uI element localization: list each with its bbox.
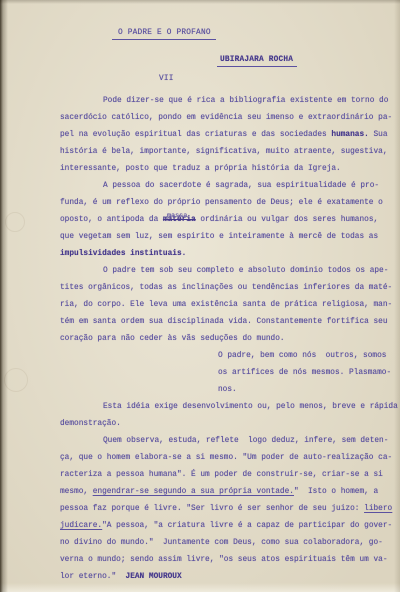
paragraph: O padre tem sob seu completo e absoluto … [60,263,396,348]
text-segment: Esta idéia exige desenvolvimento ou, pel… [103,403,398,411]
scanned-page: O PADRE E O PROFANO UBIRAJARA ROCHA VII … [0,0,400,592]
text-segment: nos. [218,386,237,394]
text-segment: Quem observa, estuda, reflete logo deduz… [103,437,388,445]
text-line: oposto, o antipoda da matériamassa ordin… [60,212,396,229]
text-segment: A pessoa do sacerdote é sagrada, sua esp… [103,182,379,190]
text-line: impulsividades instintuais. [60,246,396,263]
emphasized-text: judicare. [60,522,102,530]
text-segment: pessoa faz porque é livre. "Ser livro é … [60,505,364,513]
text-line: Esta idéia exige desenvolvimento ou, pel… [60,399,396,416]
text-line: lor eterno." JEAN MOUROUX [60,569,396,586]
text-line: Pode dizer-se que é rica a bibliografia … [60,93,396,110]
paragraph: Pode dizer-se que é rica a bibliografia … [60,93,396,178]
text-line: verna o mundo; sendo assim livre, "os se… [60,552,396,569]
text-segment: ria, do corpo. Ele leva uma existência s… [60,301,392,309]
text-segment: mesmo, [60,488,93,496]
text-line: nos. [218,382,396,399]
emphasized-text: humanas. [331,131,368,139]
emphasized-text: matériamassa [163,216,196,224]
quote-block: O padre, bem como nós outros, somosos ar… [218,348,396,399]
text-line: pel na evolução espiritual das criaturas… [60,127,396,144]
text-line: coração para não ceder às vãs seduções d… [60,331,396,348]
document-title: O PADRE E O PROFANO [112,29,216,40]
text-segment: os artifices de nós mesmos. Plasmamo- [218,369,391,377]
text-segment: Pode dizer-se que é rica a bibliografia … [103,97,388,105]
paper-mark [5,212,25,232]
text-segment: sacerdócio católico, pondo em evidência … [60,114,392,122]
text-line: tites orgânicos, todas as inclinações ou… [60,280,396,297]
document-body: Pode dizer-se que é rica a bibliografia … [60,93,396,586]
text-line: funda, é um reflexo do próprio pensament… [60,195,396,212]
text-line: O padre, bem como nós outros, somos [218,348,396,365]
text-line: A pessoa do sacerdote é sagrada, sua esp… [60,178,396,195]
text-line: mesmo, engendrar-se segundo a sua própri… [60,484,396,501]
text-line: os artifices de nós mesmos. Plasmamo- [218,365,396,382]
text-segment: "A pessoa, "a criatura livre é a capaz d… [102,522,392,530]
text-line: que vegetam sem luz, sem espirito e inte… [60,229,396,246]
text-line: judicare."A pessoa, "a criatura livre é … [60,518,396,535]
text-line: Quem observa, estuda, reflete logo deduz… [60,433,396,450]
text-segment: interessante, posto que traduz a própria… [60,165,341,173]
section-number: VII [159,75,174,83]
text-line: racteriza a pessoa humana". É um poder d… [60,467,396,484]
text-segment: O padre tem sob seu completo e absoluto … [103,267,388,275]
text-segment: " Isto o homem, a [294,488,378,496]
text-segment: O padre, bem como nós outros, somos [218,352,386,360]
text-line: pessoa faz porque é livre. "Ser livro é … [60,501,396,518]
text-line: ria, do corpo. Ele leva uma existência s… [60,297,396,314]
paper-mark [4,368,28,392]
text-segment: história é bela, importante, significati… [60,148,388,156]
text-segment: lor eterno." [60,573,126,581]
paragraph: Quem observa, estuda, reflete logo deduz… [60,433,396,586]
text-segment: ordinária ou vulgar dos seres humanos, [196,216,378,224]
interlinear-correction: massa [167,208,187,225]
text-segment: tites orgânicos, todas as inclinações ou… [60,284,392,292]
text-segment: oposto, o antipoda da [60,216,163,224]
text-segment: que vegetam sem luz, sem espirito e inte… [60,233,378,241]
text-line: demonstração. [60,416,396,433]
text-line: sacerdócio católico, pondo em evidência … [60,110,396,127]
text-segment: verna o mundo; sendo assim livre, "os se… [60,556,388,564]
text-segment: racteriza a pessoa humana". É um poder d… [60,471,383,479]
text-segment: funda, é um reflexo do próprio pensament… [60,199,383,207]
text-line: ça, que o homem elabora-se a si mesmo. "… [60,450,396,467]
text-line: tém em santa ordem sua disciplinada vida… [60,314,396,331]
emphasized-text: libero [364,505,392,513]
text-segment: Sua [369,131,388,139]
text-line: interessante, posto que traduz a própria… [60,161,396,178]
paragraph: Esta idéia exige desenvolvimento ou, pel… [60,399,396,433]
emphasized-text: JEAN MOUROUX [126,573,182,581]
text-line: no divino do mundo." Juntamente com Deus… [60,535,396,552]
text-line: história é bela, importante, significati… [60,144,396,161]
text-segment: ça, que o homem elabora-se a si mesmo. "… [60,454,392,462]
emphasized-text: engendrar-se segundo a sua própria vonta… [93,488,294,496]
emphasized-text: impulsividades instintuais. [60,250,186,258]
text-segment: tém em santa ordem sua disciplinada vida… [60,318,388,326]
text-line: O padre tem sob seu completo e absoluto … [60,263,396,280]
author-name: UBIRAJARA ROCHA [217,56,297,67]
text-segment: demonstração. [60,420,121,428]
text-segment: pel na evolução espiritual das criaturas… [60,131,331,139]
text-segment: no divino do mundo." Juntamente com Deus… [60,539,383,547]
paragraph: A pessoa do sacerdote é sagrada, sua esp… [60,178,396,263]
text-segment: coração para não ceder às vãs seduções d… [60,335,285,343]
